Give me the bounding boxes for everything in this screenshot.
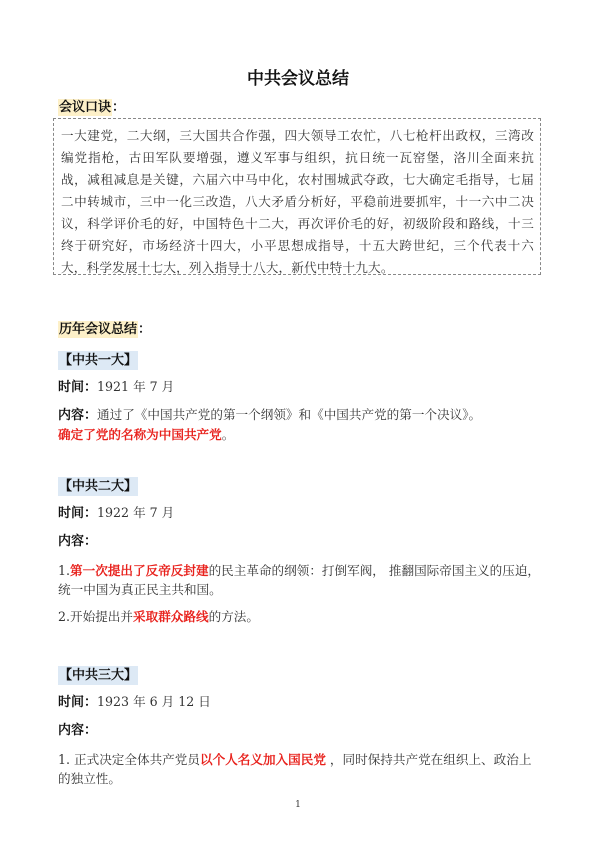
summary-heading: 历年会议总结： — [58, 318, 151, 337]
mnemonic-heading: 会议口诀： — [58, 96, 125, 115]
meeting-3-time: 时间：1923 年 6 月 12 日 — [58, 692, 540, 712]
meeting-3-content-label: 内容： — [58, 720, 540, 740]
meeting-2-item-1: 1.第一次提出了反帝反封建的民主革命的纲领：打倒军阀， 推翻国际帝国主义的压迫，… — [58, 561, 540, 599]
summary-heading-label: 历年会议总结 — [58, 321, 138, 338]
meeting-2-time: 时间：1922 年 7 月 — [58, 503, 540, 523]
emphasis-text: 确定了党的名称为中国共产党 — [58, 427, 222, 442]
mnemonic-heading-label: 会议口诀 — [58, 99, 112, 116]
meeting-2-item-2: 2.开始提出并采取群众路线的方法。 — [58, 607, 540, 626]
meeting-3-heading: 【中共三大】 — [58, 664, 138, 683]
meeting-1-heading: 【中共一大】 — [58, 349, 138, 368]
page-number: 1 — [0, 800, 596, 810]
meeting-1-content: 内容：通过了《中国共产党的第一个纲领》和《中国共产党的第一个决议》。 确定了党的… — [58, 405, 540, 444]
meeting-1-time: 时间：1921 年 7 月 — [58, 377, 540, 397]
meeting-2-heading: 【中共二大】 — [58, 475, 138, 494]
mnemonic-box: 一大建党，二大纲，三大国共合作强，四大领导工农忙，八七枪杆出政权，三湾改编党指枪… — [53, 118, 541, 275]
meeting-2-content-label: 内容： — [58, 531, 540, 551]
document-title: 中共会议总结 — [0, 64, 596, 89]
meeting-3-item-1: 1. 正式决定全体共产党员以个人名义加入国民党 ，同时保持共产党在组织上、政治上… — [58, 750, 540, 788]
